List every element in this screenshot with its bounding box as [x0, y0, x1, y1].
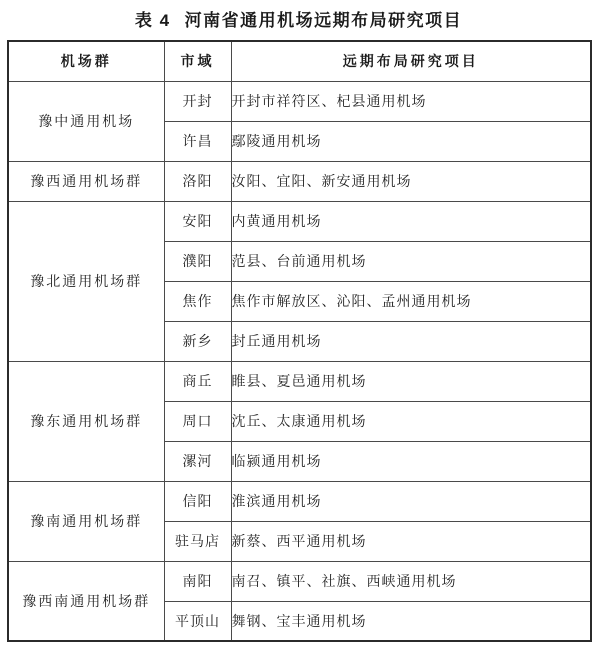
- project-cell: 鄢陵通用机场: [231, 121, 591, 161]
- project-cell: 焦作市解放区、沁阳、孟州通用机场: [231, 281, 591, 321]
- airport-layout-table: 机场群 市域 远期布局研究项目 豫中通用机场开封开封市祥符区、杞县通用机场许昌鄢…: [7, 40, 592, 642]
- project-cell: 临颍通用机场: [231, 441, 591, 481]
- airport-group-cell: 豫北通用机场群: [8, 201, 164, 361]
- header-project: 远期布局研究项目: [231, 41, 591, 81]
- airport-group-cell: 豫中通用机场: [8, 81, 164, 161]
- table-header: 机场群 市域 远期布局研究项目: [8, 41, 591, 81]
- table-caption: 表 4河南省通用机场远期布局研究项目: [0, 6, 597, 31]
- city-cell: 信阳: [164, 481, 231, 521]
- project-cell: 开封市祥符区、杞县通用机场: [231, 81, 591, 121]
- header-airport-group: 机场群: [8, 41, 164, 81]
- project-cell: 睢县、夏邑通用机场: [231, 361, 591, 401]
- project-cell: 内黄通用机场: [231, 201, 591, 241]
- document-page: 表 4河南省通用机场远期布局研究项目 机场群 市域 远期布局研究项目 豫中通用机…: [0, 0, 597, 647]
- city-cell: 平顶山: [164, 601, 231, 641]
- project-cell: 范县、台前通用机场: [231, 241, 591, 281]
- airport-group-cell: 豫东通用机场群: [8, 361, 164, 481]
- table-row: 豫南通用机场群信阳淮滨通用机场: [8, 481, 591, 521]
- project-cell: 南召、镇平、社旗、西峡通用机场: [231, 561, 591, 601]
- city-cell: 驻马店: [164, 521, 231, 561]
- header-row: 机场群 市域 远期布局研究项目: [8, 41, 591, 81]
- table-row: 豫东通用机场群商丘睢县、夏邑通用机场: [8, 361, 591, 401]
- city-cell: 漯河: [164, 441, 231, 481]
- city-cell: 安阳: [164, 201, 231, 241]
- city-cell: 商丘: [164, 361, 231, 401]
- airport-group-cell: 豫南通用机场群: [8, 481, 164, 561]
- airport-group-cell: 豫西南通用机场群: [8, 561, 164, 641]
- table-number: 表 4: [135, 11, 171, 30]
- city-cell: 新乡: [164, 321, 231, 361]
- project-cell: 舞钢、宝丰通用机场: [231, 601, 591, 641]
- header-city: 市域: [164, 41, 231, 81]
- project-cell: 新蔡、西平通用机场: [231, 521, 591, 561]
- city-cell: 南阳: [164, 561, 231, 601]
- city-cell: 许昌: [164, 121, 231, 161]
- city-cell: 开封: [164, 81, 231, 121]
- table-title-text: 河南省通用机场远期布局研究项目: [185, 11, 463, 30]
- project-cell: 淮滨通用机场: [231, 481, 591, 521]
- project-cell: 封丘通用机场: [231, 321, 591, 361]
- table-row: 豫北通用机场群安阳内黄通用机场: [8, 201, 591, 241]
- city-cell: 焦作: [164, 281, 231, 321]
- city-cell: 洛阳: [164, 161, 231, 201]
- city-cell: 濮阳: [164, 241, 231, 281]
- table-row: 豫西南通用机场群南阳南召、镇平、社旗、西峡通用机场: [8, 561, 591, 601]
- city-cell: 周口: [164, 401, 231, 441]
- table-row: 豫中通用机场开封开封市祥符区、杞县通用机场: [8, 81, 591, 121]
- project-cell: 汝阳、宜阳、新安通用机场: [231, 161, 591, 201]
- airport-group-cell: 豫西通用机场群: [8, 161, 164, 201]
- table-row: 豫西通用机场群洛阳汝阳、宜阳、新安通用机场: [8, 161, 591, 201]
- project-cell: 沈丘、太康通用机场: [231, 401, 591, 441]
- table-body: 豫中通用机场开封开封市祥符区、杞县通用机场许昌鄢陵通用机场豫西通用机场群洛阳汝阳…: [8, 81, 591, 641]
